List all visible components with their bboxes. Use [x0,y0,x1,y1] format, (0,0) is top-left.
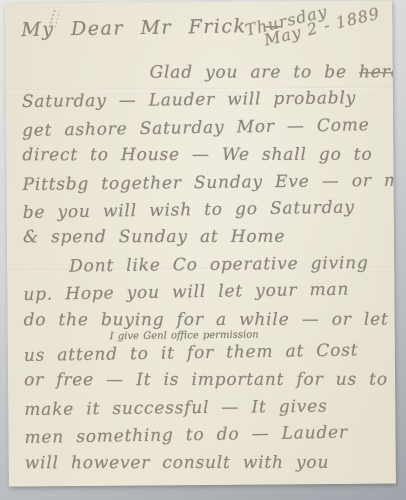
letter-header: My Dear Mr Frick — Thursday May 2 - 1889 [21,15,382,58]
letter-line: will however consult with you [25,449,386,477]
letter-line: up. Hope you will let your man [23,276,384,309]
letter-line: us attend to it for them at Cost [24,337,385,370]
letter-body: Glad you are to be hereSaturday — Lauder… [22,59,386,479]
photo-background: My Dear Mr Frick — Thursday May 2 - 1889… [0,0,406,500]
letter-line: get ashore Saturday Mor — Come [22,112,383,145]
letter-line: Glad you are to be here [150,59,383,87]
letter-line: be you will wish to go Saturday [23,194,384,227]
letter-line: or free — It is important for us to [24,367,385,395]
letter-content: My Dear Mr Frick — Thursday May 2 - 1889… [21,15,386,479]
letter-line: direct to House — We shall go to [22,142,383,170]
letter-paper: My Dear Mr Frick — Thursday May 2 - 1889… [5,0,396,486]
letter-line: & spend Sunday at Home [23,224,384,252]
letter-line: men something to do — Lauder [24,419,385,452]
